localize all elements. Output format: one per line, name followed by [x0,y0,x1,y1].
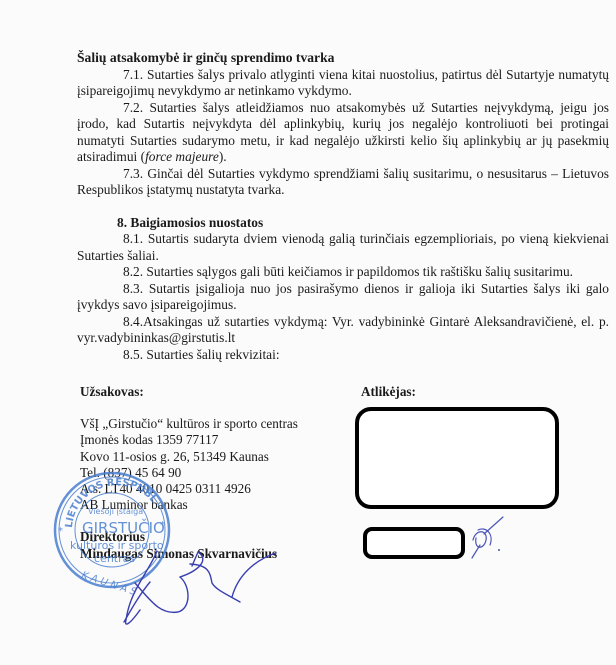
customer-bank-name: AB Luminor bankas [80,497,330,513]
clause-8-4: 8.4.Atsakingas už sutarties vykdymą: Vyr… [77,314,609,347]
customer-org-name: VšĮ „Girstučio“ kultūros ir sporto centr… [80,416,330,432]
section-spacer [77,199,609,215]
customer-bank-account: A.s. LT40 4010 0425 0311 4926 [80,481,330,497]
contractor-details: Atlikėjas: [361,384,416,400]
redacted-contractor-details-box [355,407,559,509]
document-page: Šalių atsakomybė ir ginčų sprendimo tvar… [0,0,616,665]
section-7-heading: Šalių atsakomybė ir ginčų sprendimo tvar… [77,50,609,67]
clause-7-2: 7.2. Sutarties šalys atleidžiamos nuo at… [77,100,609,166]
svg-text:K A U N A S: K A U N A S [80,570,138,598]
customer-phone: Tel. (837) 45 64 90 [80,465,330,481]
redacted-contractor-name-box [363,527,465,559]
customer-address: Kovo 11-osios g. 26, 51349 Kaunas [80,449,330,465]
clause-8-3: 8.3. Sutartis įsigalioja nuo jos pasiraš… [77,281,609,314]
svg-text:*: * [58,526,63,537]
contractor-label: Atlikėjas: [361,384,416,400]
customer-company-code: Įmonės kodas 1359 77117 [80,432,330,448]
customer-signatory-title: Direktorius [80,529,330,545]
customer-label: Užsakovas: [80,384,330,400]
clause-8-2: 8.2. Sutarties sąlygos gali būti keičiam… [77,264,609,281]
clause-7-2-end: ). [219,149,227,164]
section-8-heading: 8. Baigiamosios nuostatos [77,215,609,232]
clause-8-1: 8.1. Sutartis sudaryta dviem vienodą gal… [77,231,609,264]
customer-signatory-name: Mindaugas Simonas Skvarnavičius [80,546,330,562]
clause-7-1: 7.1. Sutarties šalys privalo atlyginti v… [77,67,609,100]
force-majeure-term: force majeure [145,149,219,164]
clause-7-3: 7.3. Ginčai dėl Sutarties vykdymo sprend… [77,166,609,199]
customer-details: Užsakovas: VšĮ „Girstučio“ kultūros ir s… [80,384,330,562]
clause-8-5: 8.5. Sutarties šalių rekvizitai: [77,347,609,364]
contract-body: Šalių atsakomybė ir ginčų sprendimo tvar… [77,50,609,363]
